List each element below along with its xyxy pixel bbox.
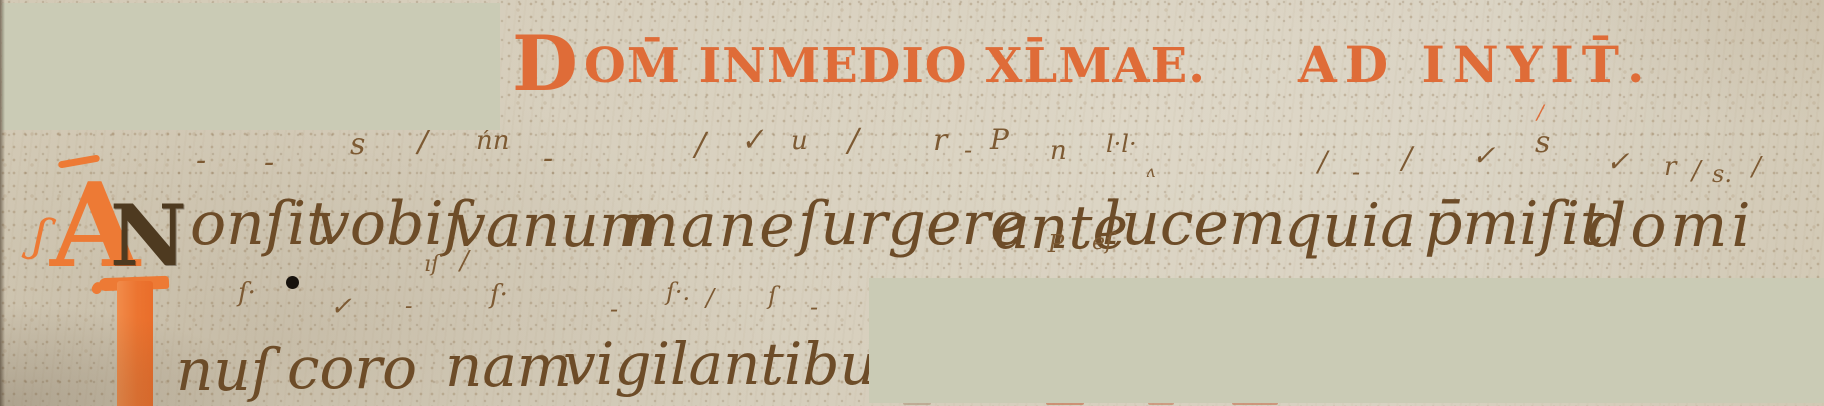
antiphon-marker-flourish: ʃ [30, 211, 50, 258]
chant-word: onſit [190, 194, 330, 254]
neume-virga: / [1402, 144, 1412, 174]
neume-cluster: ńn [476, 128, 510, 154]
neume-clivis: ſ· [238, 280, 256, 306]
neume-clivis: ſ· [490, 282, 508, 308]
initial-capital-I [117, 281, 153, 406]
neume-cluster: ıſ [424, 254, 439, 276]
neume-clivis: s [350, 130, 365, 160]
neume-cluster: r [1664, 154, 1676, 180]
chant-word: ſurgere [798, 194, 1026, 254]
redaction-box-top-left [2, 3, 500, 130]
chant-word: nuſ [176, 341, 272, 399]
ink-dot [286, 276, 299, 289]
neume-cluster: ſ·. [666, 280, 690, 304]
neume-virga: / [460, 248, 469, 274]
chant-word: mane [622, 196, 797, 256]
neume-virga: / [1752, 154, 1761, 180]
neume-virga: / [706, 286, 714, 310]
neume-letter: ʌ [1146, 164, 1155, 180]
chant-word: vigilantibuſ [563, 335, 898, 393]
neume-tractulus: - [1352, 160, 1360, 184]
neume-tractulus: - [196, 146, 206, 176]
neume-porrectus: P [990, 126, 1009, 154]
page-edge-shadow [0, 0, 5, 406]
neume-virga: / [848, 124, 859, 156]
chant-word: coro [287, 339, 417, 397]
rubric-incipit: AD INYIT̄. [1298, 40, 1652, 90]
neume-virga: / [1318, 148, 1327, 176]
rubric-descender: / [1537, 102, 1544, 122]
chant-word: vobiſ [316, 194, 466, 254]
parchment-page: DOM̄ INMEDIO XL̄MAE.AD INYIT̄. --s/cańn-… [0, 0, 1824, 406]
neume-tractulus: - [264, 148, 274, 178]
neume-tractulus: - [810, 295, 818, 319]
neume-tractulus: - [543, 144, 553, 174]
neume-pes: u [791, 128, 808, 154]
neume-tractulus: - [964, 138, 972, 162]
neume-porrectus: r [933, 126, 947, 156]
neume-pes: n [1050, 138, 1067, 164]
initial-capital-N: N [110, 194, 187, 278]
neume-virga: / [695, 128, 706, 160]
neume-pes: ✓ [1472, 142, 1495, 170]
chant-word: quia [1284, 196, 1416, 256]
redaction-box-bottom-right [869, 278, 1824, 403]
chant-word: nam [445, 337, 572, 395]
rubric-initial-D: D [512, 26, 578, 102]
neume-clivis: ſ [768, 284, 777, 308]
neume-tractulus: - [405, 296, 412, 318]
neume-tractulus: - [610, 297, 618, 321]
neume-virga: / [1692, 158, 1701, 184]
neume-cluster: s. [1712, 162, 1732, 186]
neume-pes: ✓ [1606, 148, 1629, 176]
neume-pes: ✓ [738, 124, 767, 157]
neume-cluster: l·l· [1106, 132, 1137, 156]
rubric-heading: OM̄ INMEDIO XL̄MAE. [584, 42, 1206, 90]
chant-word: domi [1588, 196, 1755, 256]
chant-word: lucem [1102, 194, 1286, 254]
neume-pes: ✓ [330, 294, 352, 320]
neume-clivis: s [1535, 128, 1550, 158]
neume-cluster: eſ [1092, 232, 1113, 254]
neume-porrectus: P [1048, 232, 1064, 256]
chant-word: p̄miſit [1424, 194, 1604, 254]
